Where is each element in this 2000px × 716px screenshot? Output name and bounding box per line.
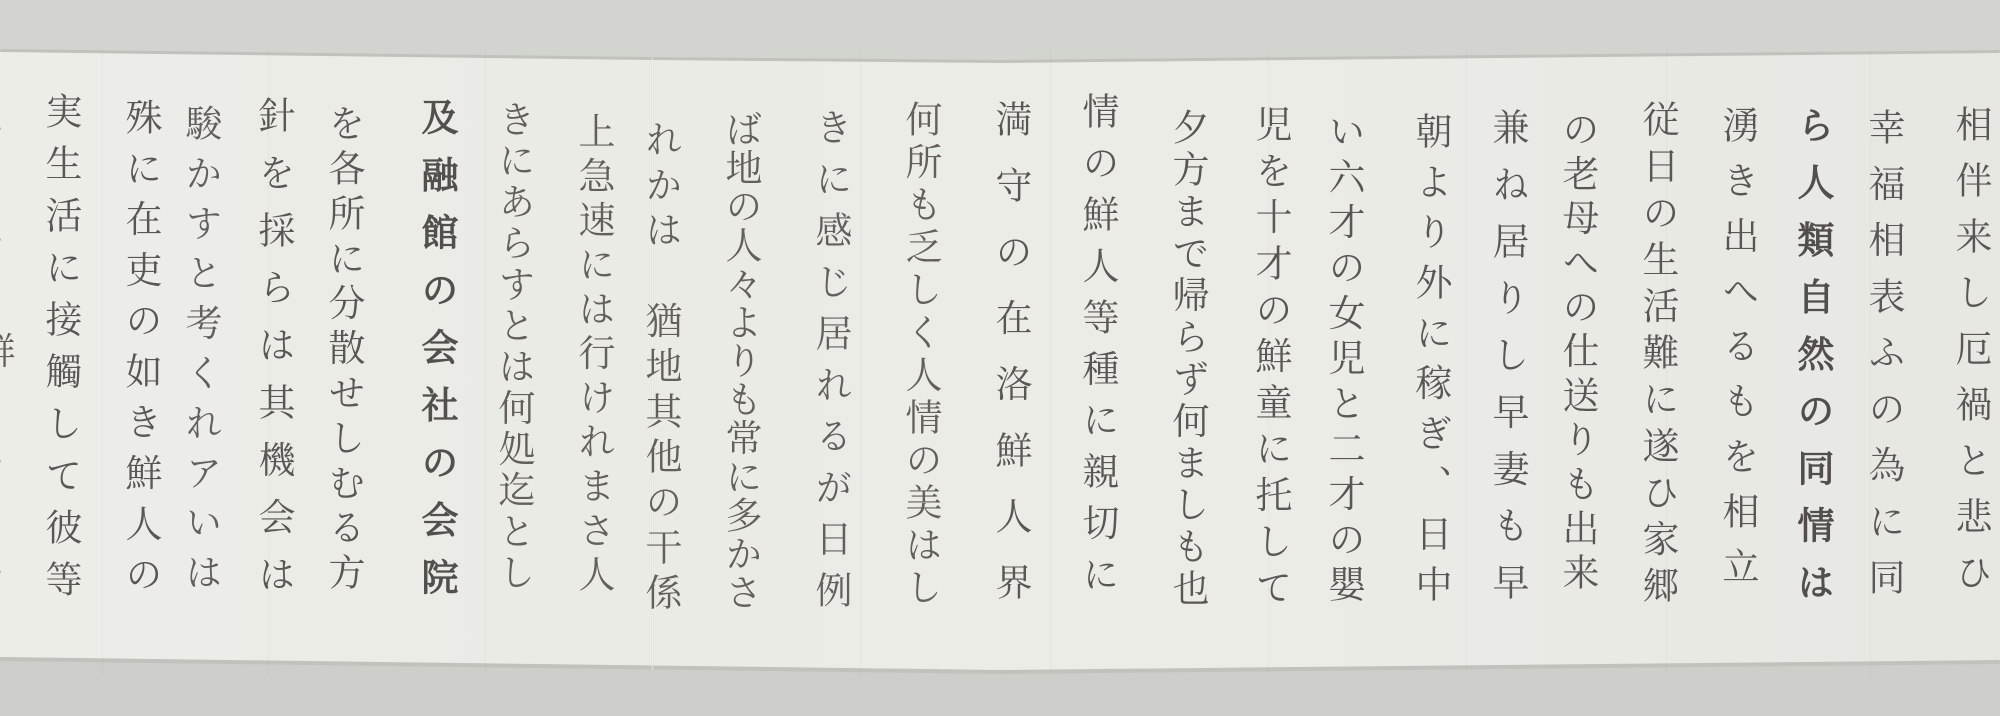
text-column: 駿かすと考くれアいは [177,104,223,590]
fold-crease [1466,50,1467,675]
text-column: 児を十才の鮮童に托して [1247,105,1293,605]
text-column: 従日の生活難に遂ひ家郷 [1634,100,1680,603]
text-column: きに感じ居れるが日例 [807,108,853,608]
fold-crease [1050,50,1051,675]
text-column: 情の鮮人等種に親切に [1074,92,1120,592]
text-column: 兼ね居りし早妻も早 [1484,108,1530,600]
text-column: 朝より外に稼ぎ、日中 [1407,112,1453,602]
text-column: 実生活に接觸して彼等 [37,92,83,597]
fold-crease [102,50,103,675]
photo-stage: 相伴来し厄禍と悲ひ 幸福相表ふの為に同 ら人類自然の同情は 湧き出へるもを相立 … [0,0,2000,716]
text-column: ば地の人々よりも常に多かさ [717,110,763,610]
text-column: ら人類自然の同情は [1790,106,1836,600]
text-column: 何所も乏しく人情の美はし [897,100,943,605]
text-column: れかは 猶地其他の干係 [637,120,683,610]
text-column: 上急速には行けれまさ人 [570,112,616,592]
text-column: 満守の在洛鮮人界 [987,100,1033,600]
text-column: 及融館の会社の会院 [414,98,460,595]
text-column: 夕方まで帰らず何ましも也 [1164,108,1210,606]
text-column: 相伴来し厄禍と悲ひ [1947,105,1993,590]
text-column: きにあらすとは何処迄とし [490,100,536,590]
text-column: 幸福相表ふの為に同 [1860,108,1906,595]
fold-crease [485,50,486,675]
text-column: 湧き出へるもを相立 [1714,106,1760,584]
partial-text-column: ・・鮮・・ [0,110,16,590]
fold-crease [860,50,861,675]
text-column: の老母への仕送りも出来 [1554,110,1600,590]
text-column: を各所に分散せしむる方 [320,104,366,590]
text-column: い六才の女児と二才の嬰 [1320,112,1366,602]
text-column: 殊に在吏の如き鮮人の [117,98,163,592]
text-column: 針を採らは其機会は [250,96,296,592]
